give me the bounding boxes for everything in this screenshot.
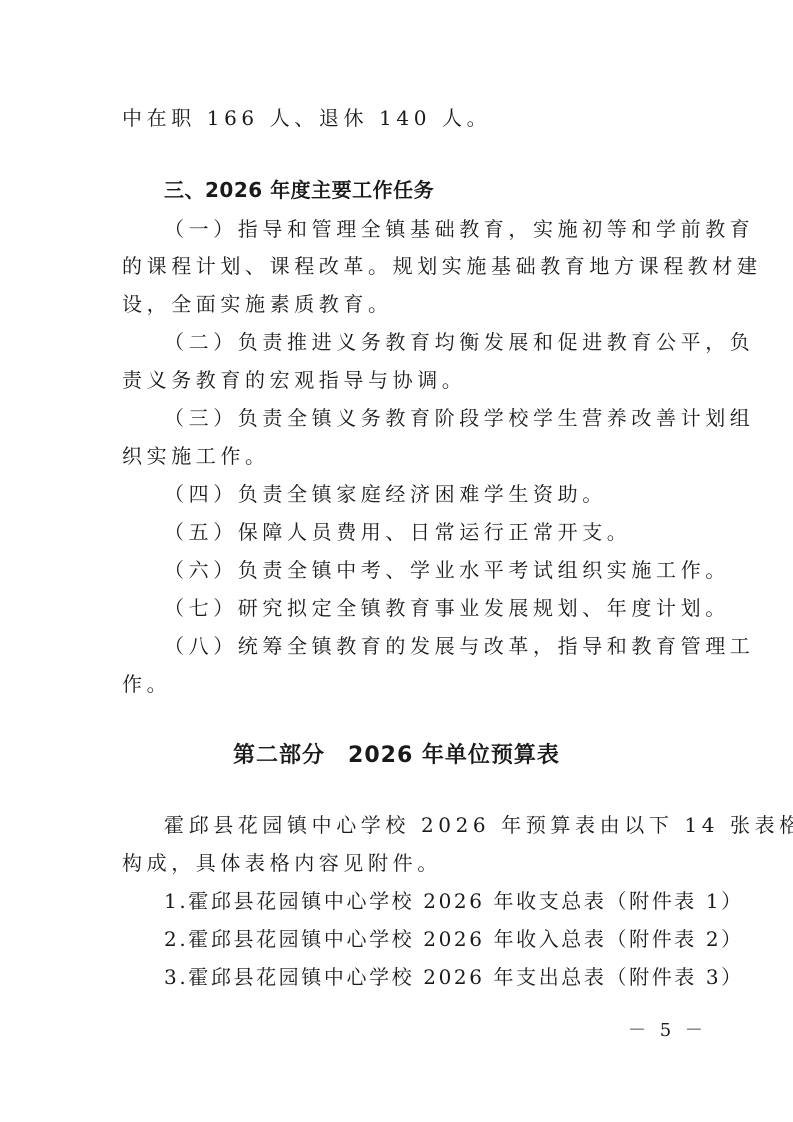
task-1-line-1: （一）指导和管理全镇基础教育，实施初等和学前教育 (164, 217, 674, 241)
task-3-line-1: （三）负责全镇义务教育阶段学校学生营养改善计划组 (164, 406, 674, 430)
intro-line-2: 构成，具体表格内容见附件。 (122, 851, 674, 875)
task-7: （七）研究拟定全镇教育事业发展规划、年度计划。 (164, 596, 674, 620)
task-3-line-2: 织实施工作。 (122, 444, 674, 468)
task-2-line-2: 责义务教育的宏观指导与协调。 (122, 368, 674, 392)
document-page: 中在职 166 人、退休 140 人。 三、2026 年度主要工作任务 （一）指… (0, 0, 793, 1122)
table-list-item-1: 1.霍邱县花园镇中心学校 2026 年收支总表（附件表 1） (164, 889, 674, 913)
section-heading-tasks: 三、2026 年度主要工作任务 (164, 178, 674, 202)
task-4: （四）负责全镇家庭经济困难学生资助。 (164, 482, 674, 506)
page-number: － 5 － (628, 1016, 707, 1042)
staff-count-line: 中在职 166 人、退休 140 人。 (122, 106, 674, 130)
task-1-line-3: 设，全面实施素质教育。 (122, 292, 674, 316)
task-8-line-1: （八）统筹全镇教育的发展与改革，指导和教育管理工 (164, 634, 674, 658)
task-1-line-2: 的课程计划、课程改革。规划实施基础教育地方课程教材建 (122, 254, 674, 278)
part-two-title: 第二部分 2026 年单位预算表 (0, 738, 793, 769)
table-list-item-2: 2.霍邱县花园镇中心学校 2026 年收入总表（附件表 2） (164, 927, 674, 951)
intro-line-1: 霍邱县花园镇中心学校 2026 年预算表由以下 14 张表格 (164, 813, 674, 837)
table-list-item-3: 3.霍邱县花园镇中心学校 2026 年支出总表（附件表 3） (164, 965, 674, 989)
task-5: （五）保障人员费用、日常运行正常开支。 (164, 520, 674, 544)
task-8-line-2: 作。 (122, 672, 674, 696)
task-6: （六）负责全镇中考、学业水平考试组织实施工作。 (164, 558, 674, 582)
task-2-line-1: （二）负责推进义务教育均衡发展和促进教育公平，负 (164, 330, 674, 354)
